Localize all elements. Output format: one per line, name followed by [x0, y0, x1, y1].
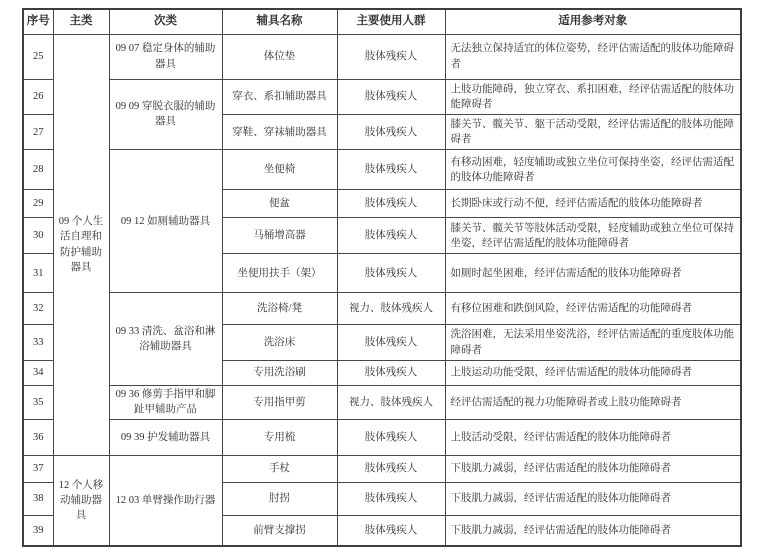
sub-category-0933-cell: 09 33 清洗、盆浴和淋浴辅助器具 [109, 293, 222, 385]
header-cell-target: 适用参考对象 [445, 9, 741, 34]
table-row: 28 09 12 如厕辅助器具 坐便椅 肢体残疾人 有移动困难，轻度辅助或独立坐… [23, 150, 741, 190]
target-cell: 有移位困难和跌倒风险，经评估需适配的功能障碍者 [445, 293, 741, 325]
target-cell: 有移动困难，轻度辅助或独立坐位可保持坐姿，经评估需适配的肢体功能障碍者 [445, 150, 741, 190]
table-row: 32 09 33 清洗、盆浴和淋浴辅助器具 洗浴椅/凳 视力、肢体残疾人 有移位… [23, 293, 741, 325]
users-cell: 肢体残疾人 [337, 218, 445, 254]
device-name-cell: 肘拐 [222, 482, 337, 515]
users-cell: 视力、肢体残疾人 [337, 293, 445, 325]
row-number-cell: 29 [23, 190, 53, 218]
sub-category-0936-cell: 09 36 修剪手指甲和脚趾甲辅助产品 [109, 385, 222, 419]
sub-category-0912-cell: 09 12 如厕辅助器具 [109, 150, 222, 293]
header-cell-main-category: 主类 [53, 9, 109, 34]
header-cell-no: 序号 [23, 9, 53, 34]
row-number-cell: 39 [23, 515, 53, 546]
assistive-devices-table: 序号 主类 次类 辅具名称 主要使用人群 适用参考对象 25 09 个人生活自理… [22, 8, 742, 547]
target-cell: 洗浴困难，无法采用坐姿洗浴，经评估需适配的重度肢体功能障碍者 [445, 325, 741, 360]
target-cell: 上肢运动功能受限，经评估需适配的肢体功能障碍者 [445, 360, 741, 385]
users-cell: 肢体残疾人 [337, 79, 445, 114]
table-row: 25 09 个人生活自理和防护辅助器具 09 07 稳定身体的辅助器具 体位垫 … [23, 34, 741, 79]
users-cell: 肢体残疾人 [337, 325, 445, 360]
users-cell: 肢体残疾人 [337, 515, 445, 546]
row-number-cell: 36 [23, 419, 53, 455]
users-cell: 肢体残疾人 [337, 482, 445, 515]
table-row: 35 09 36 修剪手指甲和脚趾甲辅助产品 专用指甲剪 视力、肢体残疾人 经评… [23, 385, 741, 419]
device-name-cell: 洗浴床 [222, 325, 337, 360]
target-cell: 膝关节、髋关节等肢体活动受限，轻度辅助或独立坐位可保持坐姿，经评估需适配的肢体功… [445, 218, 741, 254]
row-number-cell: 35 [23, 385, 53, 419]
target-cell: 如厕时起坐困难，经评估需适配的肢体功能障碍者 [445, 254, 741, 293]
header-row: 序号 主类 次类 辅具名称 主要使用人群 适用参考对象 [23, 9, 741, 34]
users-cell: 视力、肢体残疾人 [337, 385, 445, 419]
sub-category-0939-cell: 09 39 护发辅助器具 [109, 419, 222, 455]
device-name-cell: 体位垫 [222, 34, 337, 79]
device-name-cell: 穿衣、系扣辅助器具 [222, 79, 337, 114]
device-name-cell: 便盆 [222, 190, 337, 218]
row-number-cell: 37 [23, 455, 53, 482]
row-number-cell: 26 [23, 79, 53, 114]
main-category-12-cell: 12 个人移动辅助器具 [53, 455, 109, 546]
row-number-cell: 38 [23, 482, 53, 515]
device-name-cell: 专用梳 [222, 419, 337, 455]
target-cell: 膝关节、髋关节、躯干活动受限，经评估需适配的肢体功能障碍者 [445, 114, 741, 149]
sub-category-1203-cell: 12 03 单臂操作助行器 [109, 455, 222, 546]
target-cell: 经评估需适配的视力功能障碍者或上肢功能障碍者 [445, 385, 741, 419]
row-number-cell: 33 [23, 325, 53, 360]
device-name-cell: 手杖 [222, 455, 337, 482]
main-category-09-cell: 09 个人生活自理和防护辅助器具 [53, 34, 109, 455]
target-cell: 下肢肌力减弱，经评估需适配的肢体功能障碍者 [445, 482, 741, 515]
row-number-cell: 34 [23, 360, 53, 385]
users-cell: 肢体残疾人 [337, 455, 445, 482]
table-row: 37 12 个人移动辅助器具 12 03 单臂操作助行器 手杖 肢体残疾人 下肢… [23, 455, 741, 482]
sub-category-0909-cell: 09 09 穿脱衣服的辅助器具 [109, 79, 222, 150]
header-cell-sub-category: 次类 [109, 9, 222, 34]
users-cell: 肢体残疾人 [337, 360, 445, 385]
table-row: 36 09 39 护发辅助器具 专用梳 肢体残疾人 上肢活动受限，经评估需适配的… [23, 419, 741, 455]
target-cell: 上肢功能障碍，独立穿衣、系扣困难，经评估需适配的肢体功能障碍者 [445, 79, 741, 114]
row-number-cell: 30 [23, 218, 53, 254]
device-name-cell: 洗浴椅/凳 [222, 293, 337, 325]
row-number-cell: 31 [23, 254, 53, 293]
document-page: 序号 主类 次类 辅具名称 主要使用人群 适用参考对象 25 09 个人生活自理… [0, 0, 760, 557]
row-number-cell: 25 [23, 34, 53, 79]
users-cell: 肢体残疾人 [337, 114, 445, 149]
device-name-cell: 前臂支撑拐 [222, 515, 337, 546]
row-number-cell: 32 [23, 293, 53, 325]
target-cell: 长期卧床或行动不便，经评估需适配的肢体功能障碍者 [445, 190, 741, 218]
device-name-cell: 马桶增高器 [222, 218, 337, 254]
sub-category-0907-cell: 09 07 稳定身体的辅助器具 [109, 34, 222, 79]
device-name-cell: 坐便椅 [222, 150, 337, 190]
users-cell: 肢体残疾人 [337, 190, 445, 218]
users-cell: 肢体残疾人 [337, 150, 445, 190]
target-cell: 下肢肌力减弱，经评估需适配的肢体功能障碍者 [445, 455, 741, 482]
users-cell: 肢体残疾人 [337, 34, 445, 79]
target-cell: 无法独立保持适宜的体位姿势，经评估需适配的肢体功能障碍者 [445, 34, 741, 79]
target-cell: 上肢活动受限，经评估需适配的肢体功能障碍者 [445, 419, 741, 455]
row-number-cell: 27 [23, 114, 53, 149]
device-name-cell: 专用洗浴刷 [222, 360, 337, 385]
users-cell: 肢体残疾人 [337, 419, 445, 455]
header-cell-device-name: 辅具名称 [222, 9, 337, 34]
table-row: 26 09 09 穿脱衣服的辅助器具 穿衣、系扣辅助器具 肢体残疾人 上肢功能障… [23, 79, 741, 114]
target-cell: 下肢肌力减弱，经评估需适配的肢体功能障碍者 [445, 515, 741, 546]
header-cell-users: 主要使用人群 [337, 9, 445, 34]
device-name-cell: 穿鞋、穿袜辅助器具 [222, 114, 337, 149]
device-name-cell: 专用指甲剪 [222, 385, 337, 419]
users-cell: 肢体残疾人 [337, 254, 445, 293]
row-number-cell: 28 [23, 150, 53, 190]
device-name-cell: 坐便用扶手（架） [222, 254, 337, 293]
